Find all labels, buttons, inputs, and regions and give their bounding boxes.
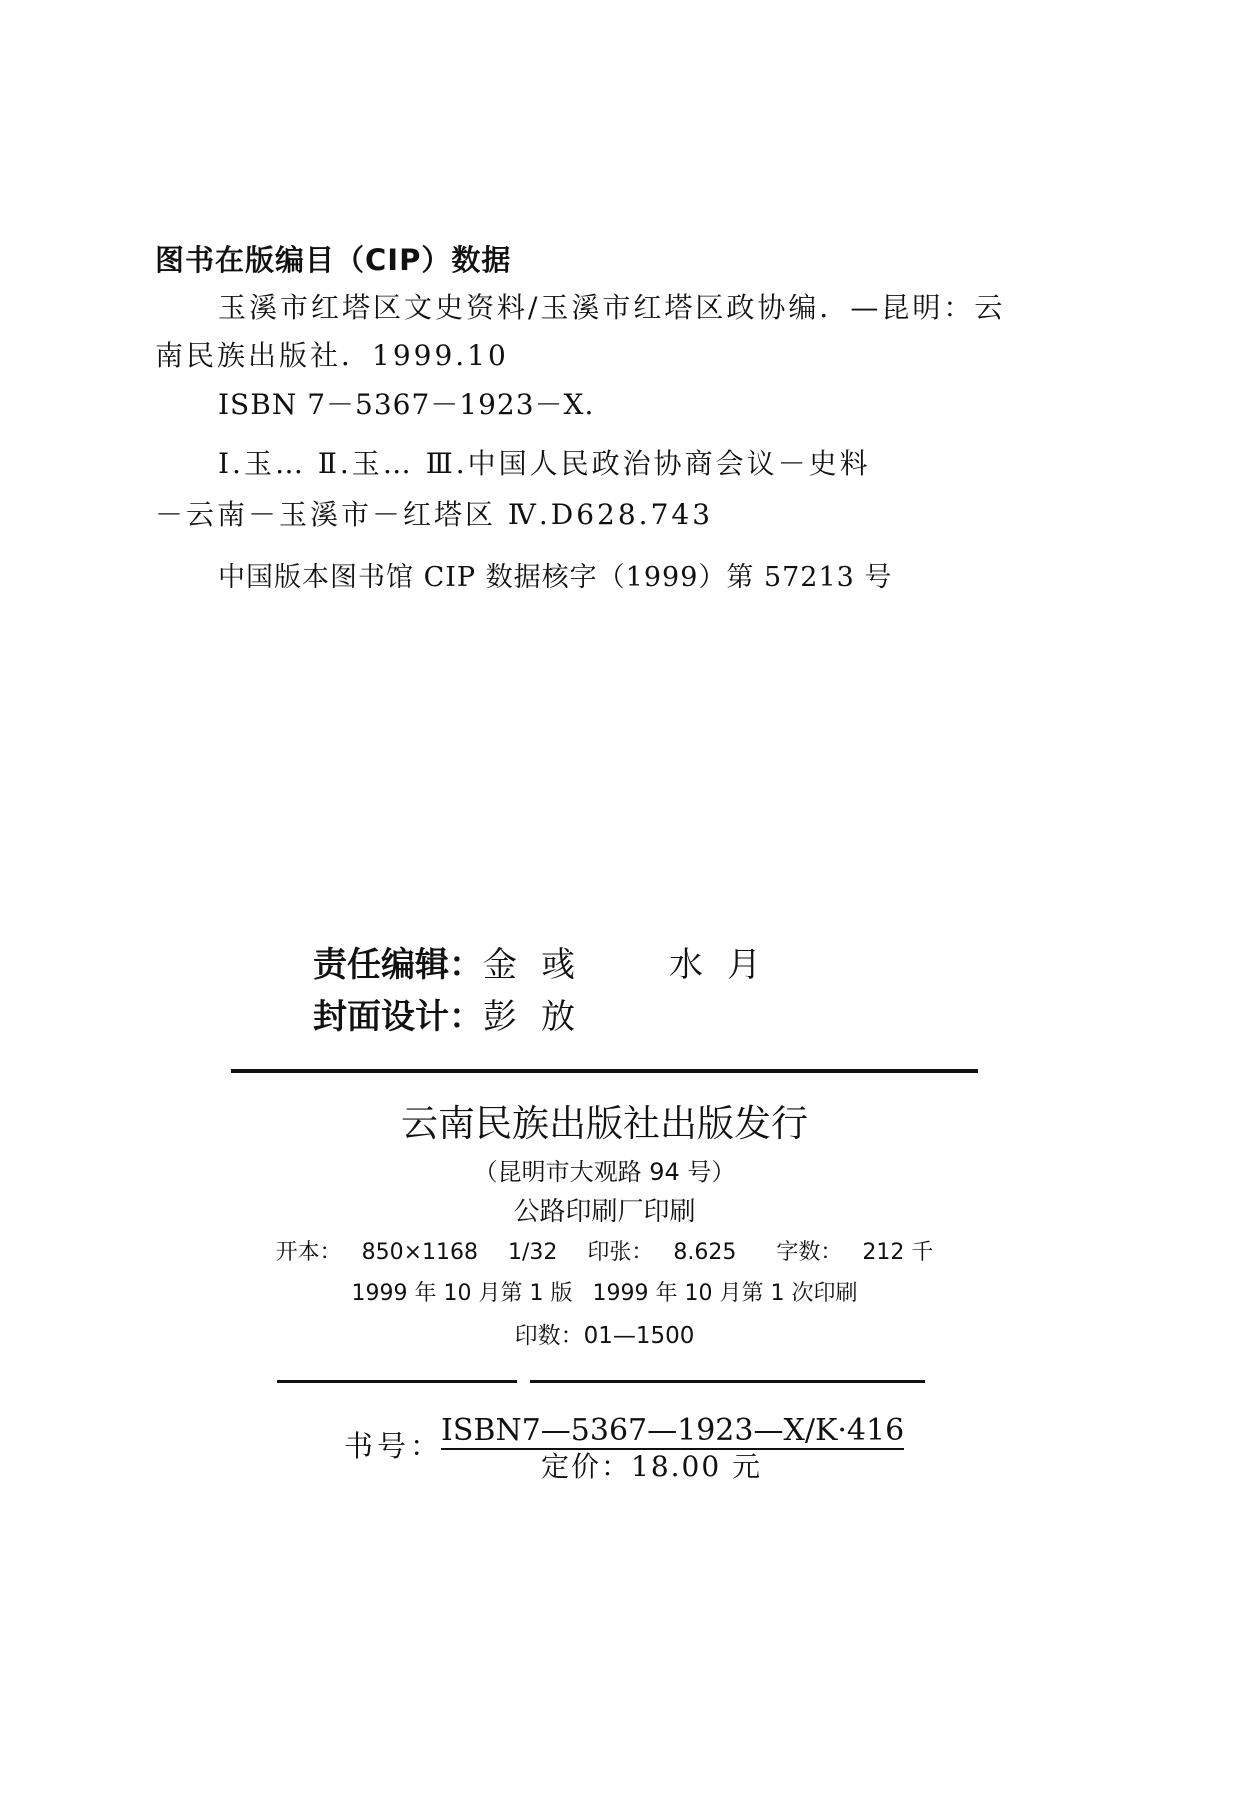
edition-info: 1999 年 10 月第 1 版1999 年 10 月第 1 次印刷 [231,1283,978,1305]
sheets: 印张：8.625 [577,1240,746,1265]
divider-rule [231,1069,978,1073]
print-count: 印数：01—1500 [231,1325,978,1348]
cip-record-number: 中国版本图书馆 CIP 数据核字（1999）第 57213 号 [218,564,892,591]
printing: 1999 年 10 月第 1 次印刷 [593,1281,858,1306]
cip-subject-line-cont: －云南－玉溪市－红塔区 Ⅳ.D628.743 [155,501,713,529]
cip-heading: 图书在版编目（CIP）数据 [155,246,511,275]
publisher-name: 云南民族出版社出版发行 [231,1105,978,1142]
publisher-address: （昆明市大观路 94 号） [231,1160,978,1184]
format-size: 开本：850×1168 [266,1240,488,1265]
divider-rule-left [277,1380,517,1383]
cip-isbn-line: ISBN 7－5367－1923－X. [218,391,594,419]
book-number-label: 书号： [344,1432,443,1461]
editor-credit: 责任编辑：金彧水月 [313,948,785,982]
designer-label: 封面设计： [313,997,483,1037]
word-count: 字数：212 千 [766,1240,943,1265]
cip-publisher-line: 南民族出版社．1999.10 [155,342,509,370]
format-fraction: 1/32 [508,1240,557,1265]
editor-name: 金彧 [483,945,599,985]
printer-name: 公路印刷厂印刷 [231,1199,978,1225]
format-specs: 开本：850×11681/32印张：8.625字数：212 千 [231,1242,978,1264]
edition: 1999 年 10 月第 1 版 [352,1281,573,1306]
book-price: 定价：18.00 元 [541,1453,762,1481]
editor-label: 责任编辑： [313,945,483,985]
designer-credit: 封面设计：彭放 [313,1000,599,1034]
designer-name: 彭放 [483,997,599,1037]
book-isbn: ISBN7—5367—1923—X/K·416 [441,1416,904,1450]
cip-title-line: 玉溪市红塔区文史资料/玉溪市红塔区政协编．—昆明：云 [218,294,1005,322]
editor-name: 水月 [669,945,785,985]
divider-rule-right [530,1380,925,1383]
cip-subject-line: Ⅰ.玉… Ⅱ.玉… Ⅲ.中国人民政治协商会议－史料 [218,450,871,478]
